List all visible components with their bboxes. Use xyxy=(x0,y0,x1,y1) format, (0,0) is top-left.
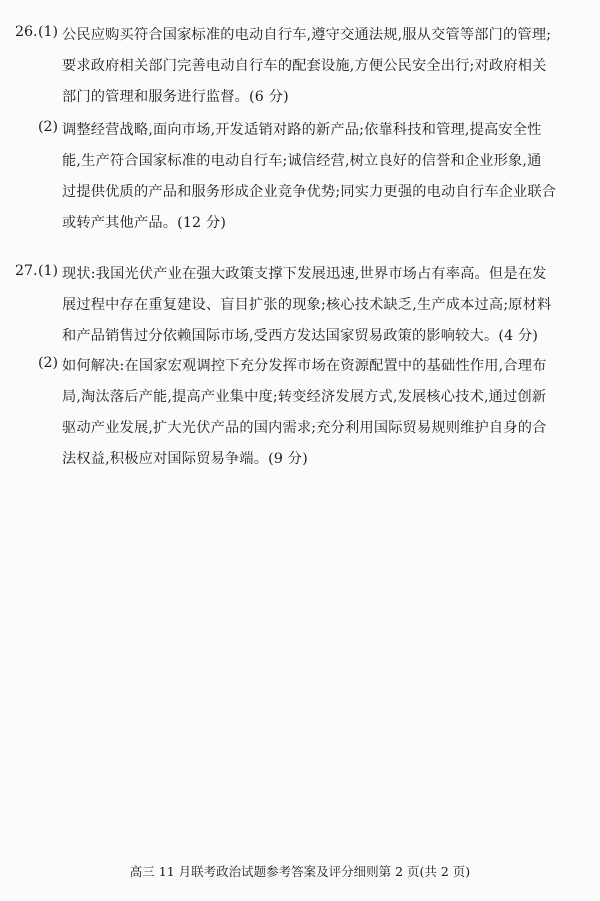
answer-line: 法权益,积极应对国际贸易争端。(9 分) xyxy=(62,448,308,468)
answer-line: 或转产其他产品。(12 分) xyxy=(62,212,226,232)
answer-line: 驱动产业发展,扩大光伏产品的国内需求;充分利用国际贸易规则维护自身的合 xyxy=(62,417,546,437)
answer-line: 局,淘汰落后产能,提高产业集中度;转变经济发展方式,发展核心技术,通过创新 xyxy=(62,386,546,406)
answer-line: 展过程中存在重复建设、盲目扩张的现象;核心技术缺乏,生产成本过高;原材料 xyxy=(62,294,551,314)
answer-line: 要求政府相关部门完善电动自行车的配套设施,方便公民安全出行;对政府相关 xyxy=(62,55,546,75)
answer-line: 过提供优质的产品和服务形成企业竞争优势;同实力更强的电动自行车企业联合 xyxy=(62,181,556,201)
answer-line: 和产品销售过分依赖国际市场,受西方发达国家贸易政策的影响较大。(4 分) xyxy=(62,325,538,345)
part-label: (1) xyxy=(38,263,58,279)
answer-line: 现状:我国光伏产业在强大政策支撑下发展迅速,世界市场占有率高。但是在发 xyxy=(62,263,546,283)
part-label: (2) xyxy=(38,119,58,135)
part-label: (1) xyxy=(38,24,58,40)
question-number: 27. xyxy=(15,263,38,279)
answer-line: 公民应购买符合国家标准的电动自行车,遵守交通法规,服从交管等部门的管理; xyxy=(62,24,551,44)
answer-line: 能,生产符合国家标准的电动自行车;诚信经营,树立良好的信誉和企业形象,通 xyxy=(62,150,542,170)
page-footer: 高三 11 月联考政治试题参考答案及评分细则第 2 页(共 2 页) xyxy=(0,862,600,880)
answer-line: 部门的管理和服务进行监督。(6 分) xyxy=(62,86,289,106)
answer-line: 如何解决:在国家宏观调控下充分发挥市场在资源配置中的基础性作用,合理布 xyxy=(62,355,546,375)
part-label: (2) xyxy=(38,355,58,371)
question-number: 26. xyxy=(15,24,38,40)
answer-line: 调整经营战略,面向市场,开发适销对路的新产品;依靠科技和管理,提高安全性 xyxy=(62,119,542,139)
